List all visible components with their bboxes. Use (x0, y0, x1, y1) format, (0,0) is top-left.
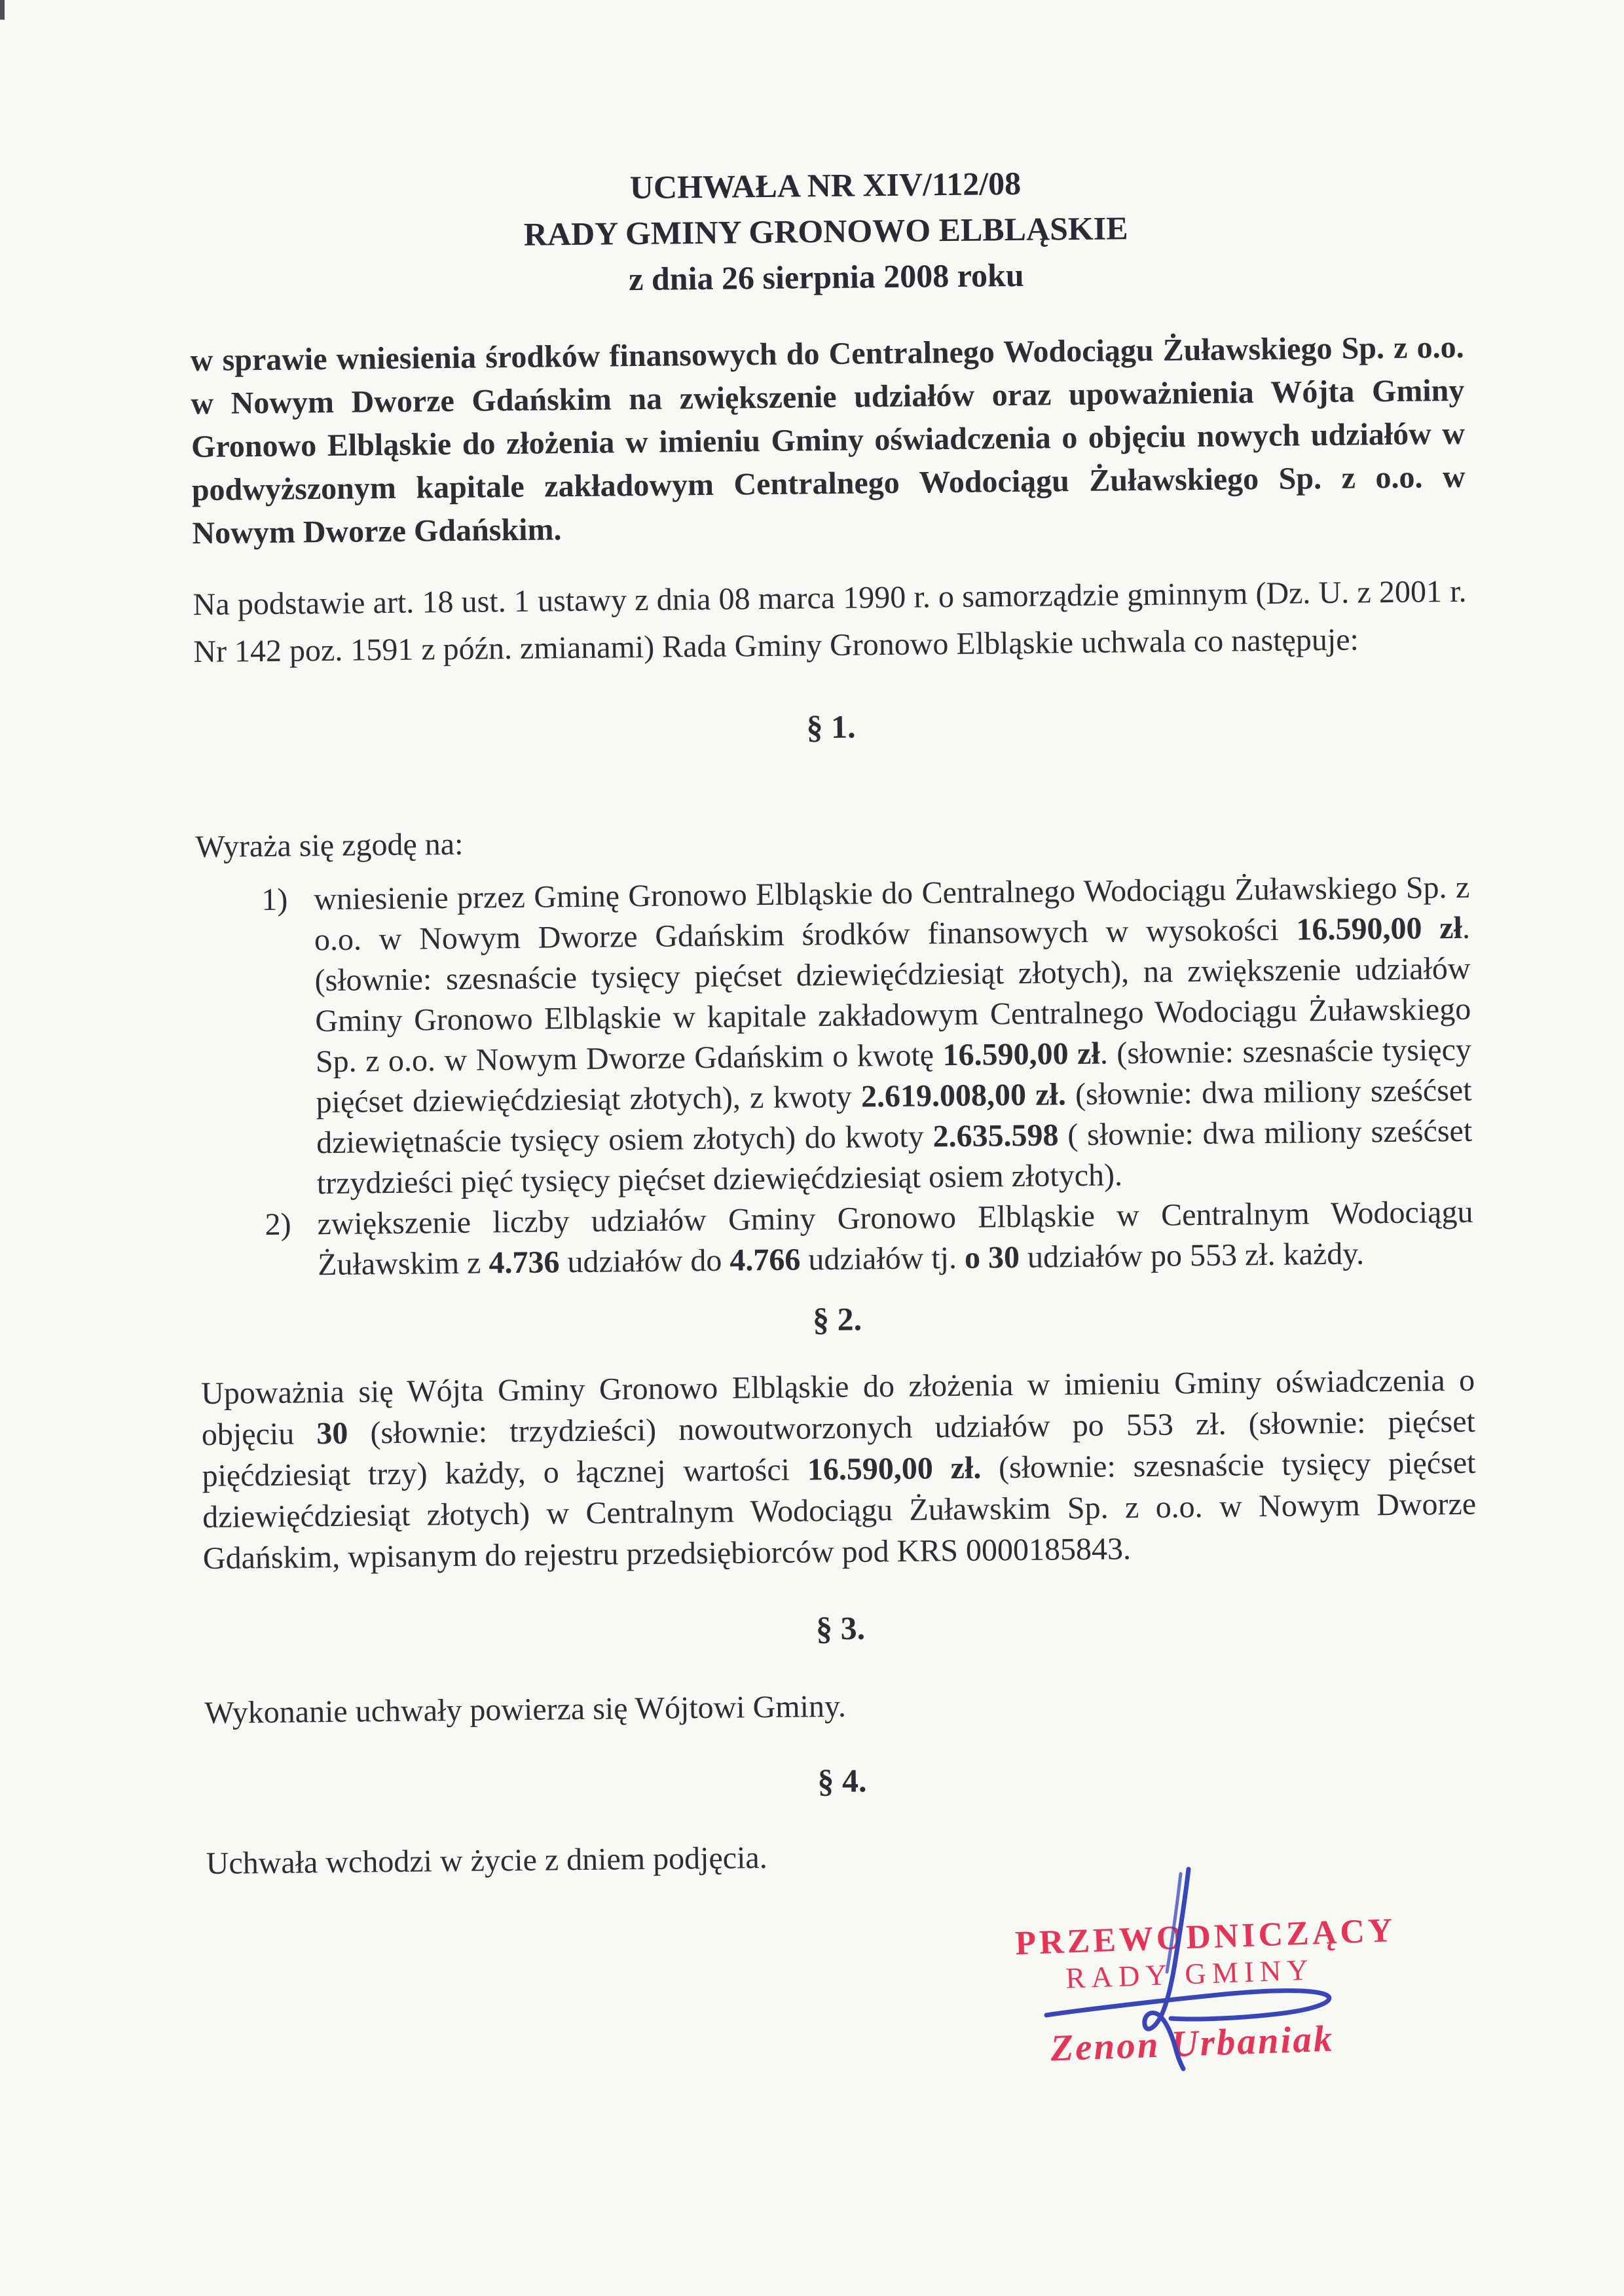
scan-artifact (0, 0, 5, 20)
pen-signature (982, 1846, 1532, 2174)
section-2-paragraph: Upoważnia się Wójta Gminy Gronowo Elbląs… (201, 1360, 1477, 1579)
legal-basis-paragraph: Na podstawie art. 18 ust. 1 ustawy z dni… (193, 568, 1467, 676)
section-1-label: § 1. (194, 701, 1468, 753)
section-4-label: § 4. (205, 1755, 1479, 1807)
section-3-label: § 3. (204, 1602, 1478, 1654)
list-item-text: wniesienie przez Gminę Gronowo Elbląskie… (314, 870, 1472, 1201)
list-item-text: zwiększenie liczby udziałów Gminy Gronow… (317, 1195, 1473, 1282)
signature-flourish (1046, 1991, 1329, 2019)
document-body: UCHWAŁA NR XIV/112/08 RADY GMINY GRONOWO… (187, 0, 1480, 1884)
section-1-opening: Wyraża się zgodę na: (195, 813, 1469, 867)
list-item-marker: 2) (265, 1205, 291, 1245)
list-item: 2) zwiększenie liczby udziałów Gminy Gro… (199, 1192, 1473, 1286)
document-title: UCHWAŁA NR XIV/112/08 RADY GMINY GRONOWO… (189, 156, 1464, 306)
agreement-list: 1) wniesienie przez Gminę Gronowo Elbląs… (196, 867, 1473, 1286)
list-item-marker: 1) (261, 880, 288, 920)
subject-paragraph: w sprawie wniesienia środków finansowych… (190, 326, 1466, 555)
scanned-resolution-page: UCHWAŁA NR XIV/112/08 RADY GMINY GRONOWO… (0, 0, 1624, 2296)
section-2-label: § 2. (200, 1293, 1475, 1345)
list-item: 1) wniesienie przez Gminę Gronowo Elbląs… (196, 867, 1473, 1205)
section-3-paragraph: Wykonanie uchwały powierza się Wójtowi G… (204, 1679, 1479, 1734)
